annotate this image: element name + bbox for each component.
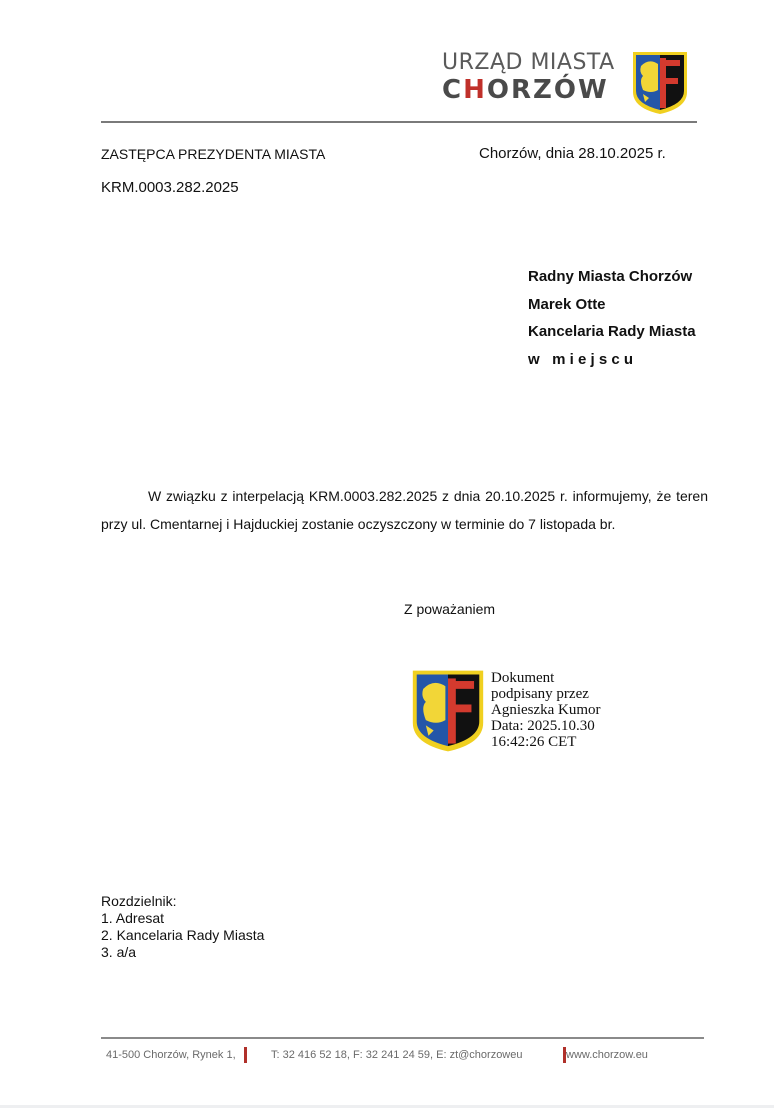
signature-line-2: podpisany przez xyxy=(491,686,601,702)
letter-body-text: W związku z interpelacją KRM.0003.282.20… xyxy=(101,488,708,532)
footer-contact: T: 32 416 52 18, F: 32 241 24 59, E: zt@… xyxy=(271,1049,523,1061)
footer-website-link[interactable]: www.chorzow.eu xyxy=(566,1049,648,1061)
distribution-item: 2. Kancelaria Rady Miasta xyxy=(101,927,264,944)
recipient-line-3: Kancelaria Rady Miasta xyxy=(528,323,696,340)
signature-coat-of-arms-icon xyxy=(409,668,487,754)
footer-address: 41-500 Chorzów, Rynek 1, xyxy=(106,1049,236,1061)
sender-title: ZASTĘPCA PREZYDENTA MIASTA xyxy=(101,146,325,162)
place-and-date: Chorzów, dnia 28.10.2025 r. xyxy=(479,145,666,162)
logo-letter-c: C xyxy=(442,75,463,105)
logo-title-line1: URZĄD MIASTA xyxy=(442,50,615,75)
chorzow-coat-of-arms-icon xyxy=(631,50,689,116)
distribution-list: Rozdzielnik: 1. Adresat 2. Kancelaria Ra… xyxy=(101,893,264,961)
distribution-title: Rozdzielnik: xyxy=(101,893,264,910)
closing-salutation: Z poważaniem xyxy=(404,601,495,617)
distribution-item: 1. Adresat xyxy=(101,910,264,927)
letter-body: W związku z interpelacją KRM.0003.282.20… xyxy=(101,482,708,538)
signature-line-4: Data: 2025.10.30 xyxy=(491,718,601,734)
reference-number: KRM.0003.282.2025 xyxy=(101,179,239,196)
signature-line-3: Agnieszka Kumor xyxy=(491,702,601,718)
logo-letters-orzow: ORZÓW xyxy=(487,75,609,105)
distribution-item: 3. a/a xyxy=(101,944,264,961)
recipient-line-4: w m i e j s c u xyxy=(528,351,633,368)
recipient-line-2: Marek Otte xyxy=(528,296,606,313)
signature-line-5: 16:42:26 CET xyxy=(491,734,601,750)
signature-line-1: Dokument xyxy=(491,670,601,686)
header-divider xyxy=(101,121,697,123)
footer-divider xyxy=(101,1037,704,1039)
footer-separator-mark xyxy=(244,1047,247,1063)
digital-signature-block: Dokument podpisany przez Agnieszka Kumor… xyxy=(491,670,601,750)
logo-letter-h-accent: H xyxy=(463,75,487,105)
logo-title-line2: CHORZÓW xyxy=(442,75,609,105)
recipient-line-1: Radny Miasta Chorzów xyxy=(528,268,692,285)
